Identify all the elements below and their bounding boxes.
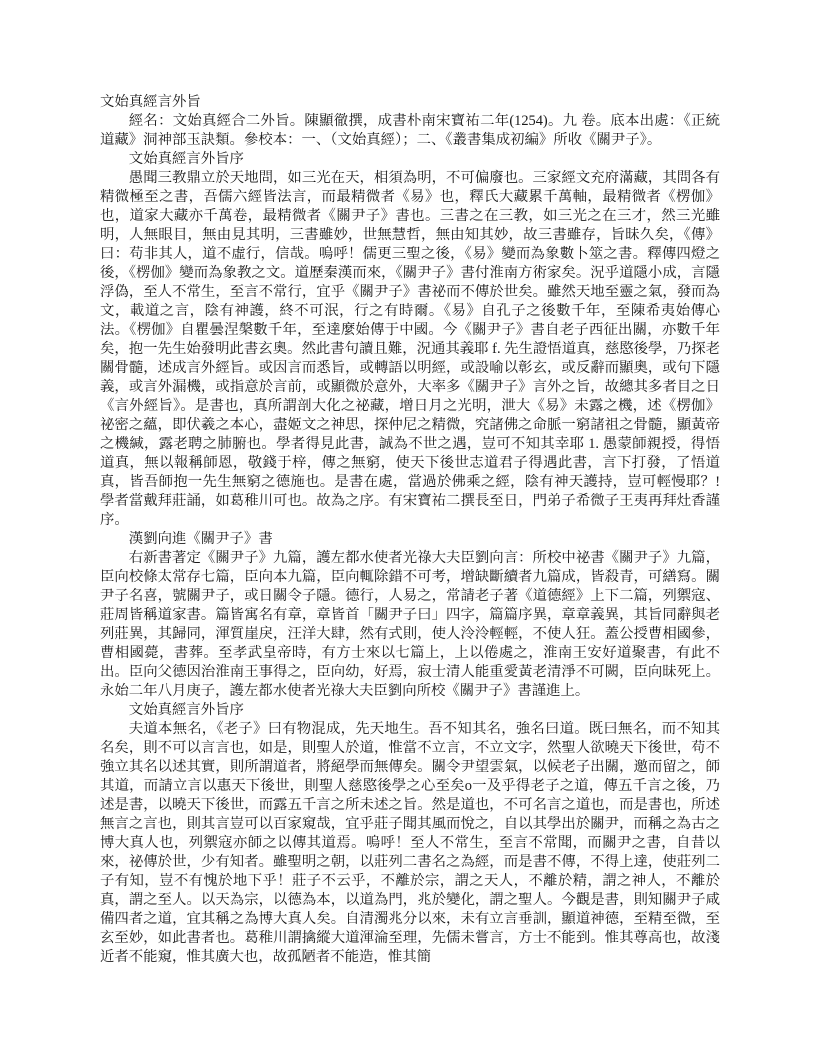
section-title-liu-xiang-memorial: 漢劉向進《關尹子》書 <box>100 530 720 549</box>
paragraph-preface-1: 愚聞三教鼎立於天地問，如三光在天，相須為明，不可偏廢也。三家經文充府滿藏，其問各… <box>100 169 720 530</box>
paragraph-preface-2: 夫道本無名，《老子》曰有物混成，先天地生。吾不知其名，強名曰道。既曰無名，而不知… <box>100 720 720 967</box>
paragraph-colophon: 經名：文始真經合二外旨。陳顯徹撰，成書朴南宋寶祐二年(1254)。九 卷。底本出… <box>100 112 720 150</box>
document-title: 文始真經言外旨 <box>100 93 720 112</box>
section-title-preface-2: 文始真經言外旨序 <box>100 701 720 720</box>
section-title-preface-1: 文始真經言外旨序 <box>100 150 720 169</box>
paragraph-liu-xiang-memorial: 右新書著定《關尹子》九篇，護左都水使者光祿大夫臣劉向言：所校中祕書《關尹子》九篇… <box>100 549 720 701</box>
document-page: 文始真經言外旨 經名：文始真經合二外旨。陳顯徹撰，成書朴南宋寶祐二年(1254)… <box>0 0 816 1056</box>
